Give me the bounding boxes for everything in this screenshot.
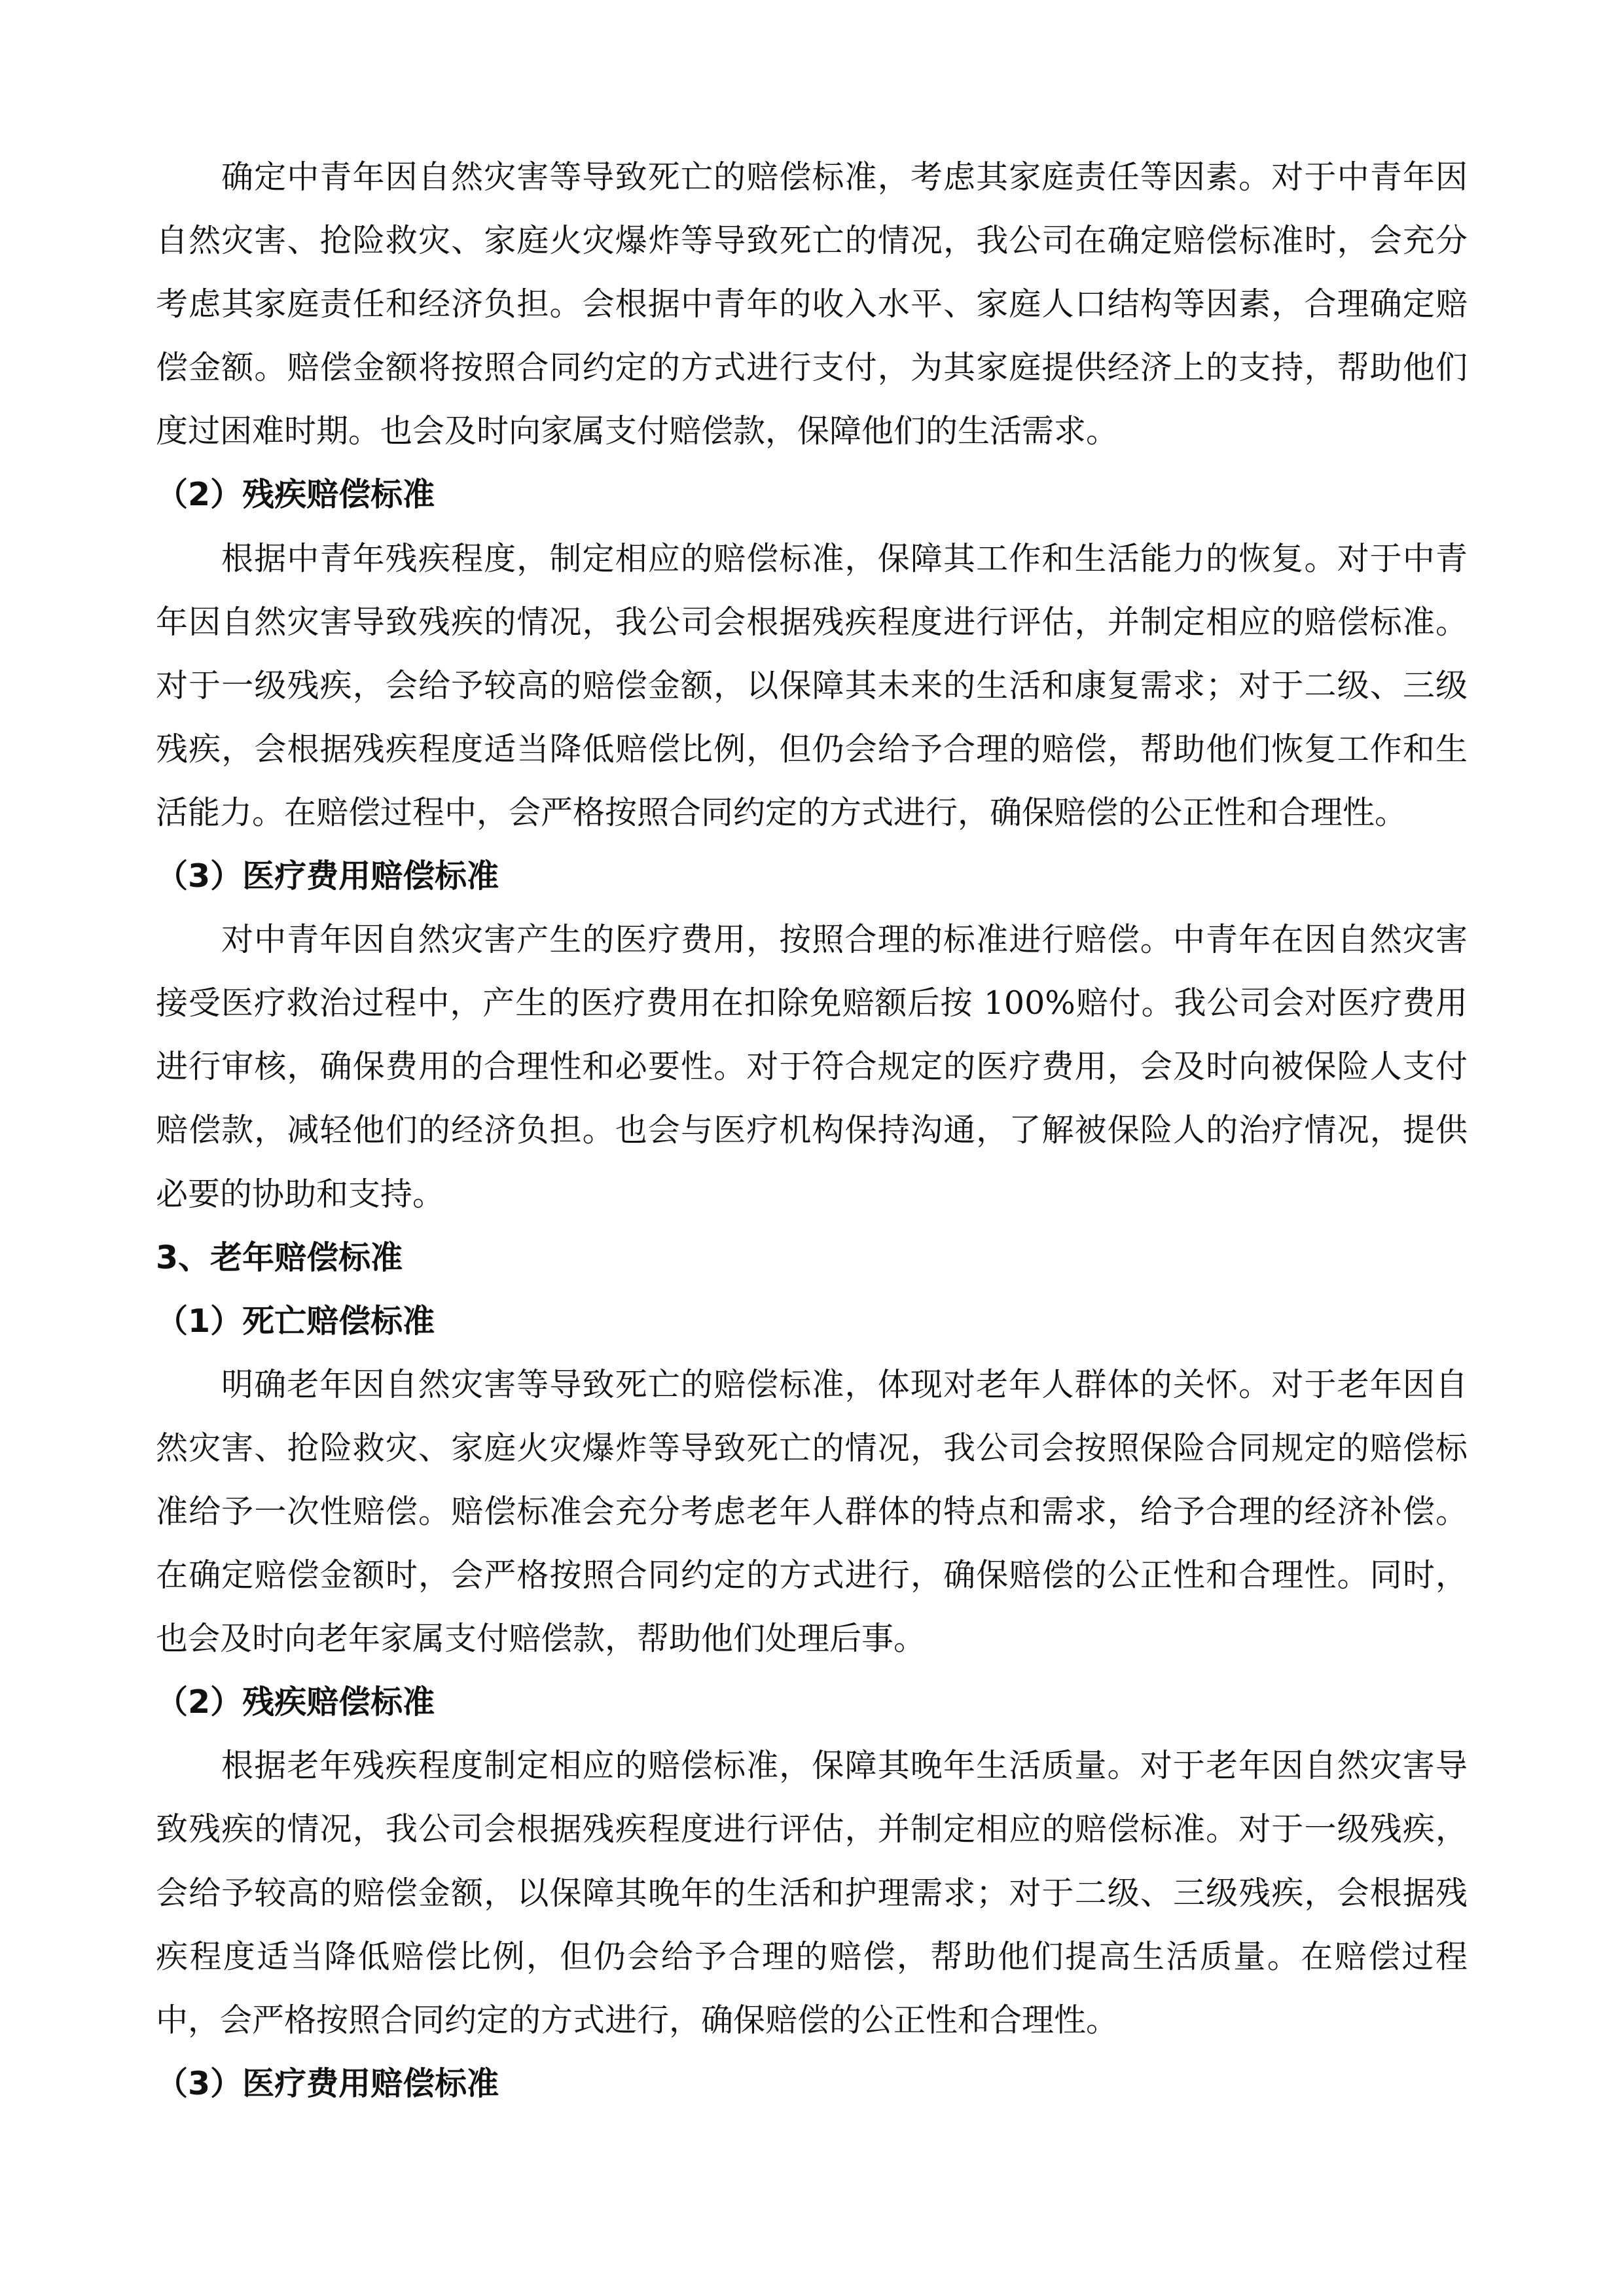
text-line: 接受医疗救治过程中，产生的医疗费用在扣除免赔额后按 100%赔付。我公司会对医疗… — [156, 971, 1468, 1035]
text-line: 致残疾的情况，我公司会根据残疾程度进行评估，并制定相应的赔偿标准。对于一级残疾， — [156, 1797, 1468, 1861]
paragraph-youth-medical: 对中青年因自然灾害产生的医疗费用，按照合理的标准进行赔偿。中青年在因自然灾害 接… — [156, 908, 1468, 1225]
text-line: 会给予较高的赔偿金额，以保障其晚年的生活和护理需求；对于二级、三级残疾，会根据残 — [156, 1861, 1468, 1925]
text-line: 偿金额。赔偿金额将按照合同约定的方式进行支付，为其家庭提供经济上的支持，帮助他们 — [156, 336, 1468, 399]
heading-youth-disability: （2）残疾赔偿标准 — [156, 463, 1468, 526]
heading-youth-medical: （3）医疗费用赔偿标准 — [156, 844, 1468, 908]
heading-elderly-standards: 3、老年赔偿标准 — [156, 1226, 1468, 1289]
text-line: 活能力。在赔偿过程中，会严格按照合同约定的方式进行，确保赔偿的公正性和合理性。 — [156, 781, 1468, 844]
text-line: 必要的协助和支持。 — [156, 1162, 1468, 1226]
paragraph-youth-disability: 根据中青年残疾程度，制定相应的赔偿标准，保障其工作和生活能力的恢复。对于中青 年… — [156, 527, 1468, 844]
text-line: 年因自然灾害导致残疾的情况，我公司会根据残疾程度进行评估，并制定相应的赔偿标准。 — [156, 590, 1468, 654]
paragraph-elderly-death: 明确老年因自然灾害等导致死亡的赔偿标准，体现对老年人群体的关怀。对于老年因自 然… — [156, 1353, 1468, 1670]
text-line: 中，会严格按照合同约定的方式进行，确保赔偿的公正性和合理性。 — [156, 1988, 1468, 2052]
text-line: 在确定赔偿金额时，会严格按照合同约定的方式进行，确保赔偿的公正性和合理性。同时， — [156, 1543, 1468, 1607]
text-line: 度过困难时期。也会及时向家属支付赔偿款，保障他们的生活需求。 — [156, 399, 1468, 463]
text-line: 自然灾害、抢险救灾、家庭火灾爆炸等导致死亡的情况，我公司在确定赔偿标准时，会充分 — [156, 209, 1468, 272]
text-line: 然灾害、抢险救灾、家庭火灾爆炸等导致死亡的情况，我公司会按照保险合同规定的赔偿标 — [156, 1416, 1468, 1480]
text-line: 考虑其家庭责任和经济负担。会根据中青年的收入水平、家庭人口结构等因素，合理确定赔 — [156, 272, 1468, 336]
heading-elderly-medical: （3）医疗费用赔偿标准 — [156, 2052, 1468, 2115]
text-line: 赔偿款，减轻他们的经济负担。也会与医疗机构保持沟通，了解被保险人的治疗情况，提供 — [156, 1098, 1468, 1162]
heading-elderly-death: （1）死亡赔偿标准 — [156, 1289, 1468, 1353]
document-page: 确定中青年因自然灾害等导致死亡的赔偿标准，考虑其家庭责任等因素。对于中青年因 自… — [156, 145, 1468, 2115]
text-line: 对中青年因自然灾害产生的医疗费用，按照合理的标准进行赔偿。中青年在因自然灾害 — [156, 908, 1468, 971]
text-line: 准给予一次性赔偿。赔偿标准会充分考虑老年人群体的特点和需求，给予合理的经济补偿。 — [156, 1480, 1468, 1543]
text-line: 确定中青年因自然灾害等导致死亡的赔偿标准，考虑其家庭责任等因素。对于中青年因 — [156, 145, 1468, 209]
text-line: 也会及时向老年家属支付赔偿款，帮助他们处理后事。 — [156, 1607, 1468, 1670]
text-line: 根据中青年残疾程度，制定相应的赔偿标准，保障其工作和生活能力的恢复。对于中青 — [156, 527, 1468, 590]
paragraph-youth-death: 确定中青年因自然灾害等导致死亡的赔偿标准，考虑其家庭责任等因素。对于中青年因 自… — [156, 145, 1468, 463]
text-line: 根据老年残疾程度制定相应的赔偿标准，保障其晚年生活质量。对于老年因自然灾害导 — [156, 1734, 1468, 1797]
text-line: 进行审核，确保费用的合理性和必要性。对于符合规定的医疗费用，会及时向被保险人支付 — [156, 1035, 1468, 1098]
text-line: 明确老年因自然灾害等导致死亡的赔偿标准，体现对老年人群体的关怀。对于老年因自 — [156, 1353, 1468, 1416]
heading-elderly-disability: （2）残疾赔偿标准 — [156, 1670, 1468, 1734]
text-line: 疾程度适当降低赔偿比例，但仍会给予合理的赔偿，帮助他们提高生活质量。在赔偿过程 — [156, 1925, 1468, 1988]
text-line: 对于一级残疾，会给予较高的赔偿金额，以保障其未来的生活和康复需求；对于二级、三级 — [156, 654, 1468, 717]
text-line: 残疾，会根据残疾程度适当降低赔偿比例，但仍会给予合理的赔偿，帮助他们恢复工作和生 — [156, 717, 1468, 781]
paragraph-elderly-disability: 根据老年残疾程度制定相应的赔偿标准，保障其晚年生活质量。对于老年因自然灾害导 致… — [156, 1734, 1468, 2051]
